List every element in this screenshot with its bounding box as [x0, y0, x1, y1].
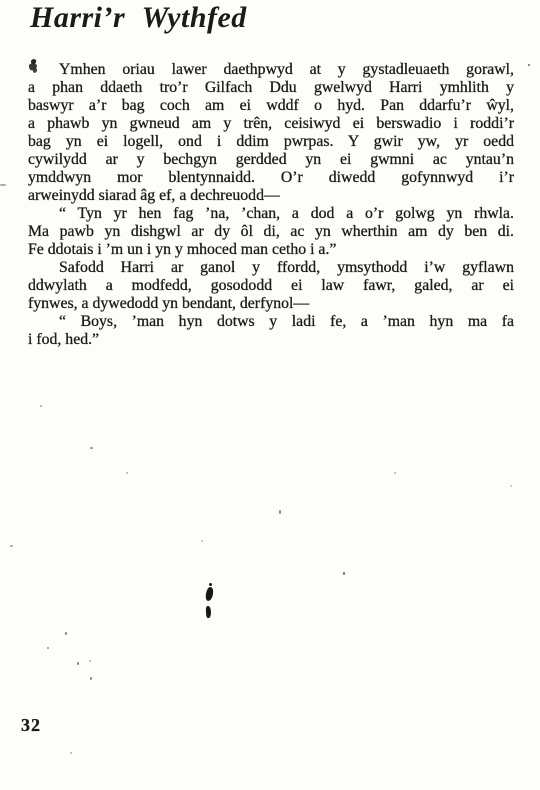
- paper-speck: [90, 447, 93, 449]
- paper-speck: [126, 472, 128, 474]
- text-line: fynwes, a dywedodd yn bendant, derfynol—: [28, 295, 514, 313]
- paper-speck: [394, 472, 396, 474]
- text-line: a phan ddaeth tro’r Gilfach Ddu gwelwyd …: [28, 79, 514, 97]
- paper-speck: [77, 662, 79, 665]
- paper-speck: [528, 64, 530, 66]
- text-block: Ymhen oriau lawer daethpwyd at y gystadl…: [28, 61, 514, 349]
- paper-speck: [343, 572, 345, 575]
- book-page: Harri’r Wythfed Ymhen oriau lawer daethp…: [0, 0, 540, 790]
- paper-speck: [40, 405, 42, 407]
- text-line: bag yn ei logell, ond i ddim pwrpas. Y g…: [28, 133, 514, 151]
- paper-speck: [279, 510, 281, 514]
- paragraph: Ymhen oriau lawer daethpwyd at y gystadl…: [28, 61, 514, 205]
- paragraph: “ Boys, ’man hyn dotws y ladi fe, a ’man…: [28, 313, 514, 349]
- page-number: 32: [21, 715, 41, 736]
- paper-speck: [65, 632, 67, 635]
- paper-speck: [201, 540, 203, 542]
- text-line: “ Tyn yr hen fag ’na, ’chan, a dod a o’r…: [28, 205, 514, 223]
- text-line: arweinydd siarad âg ef, a dechreuodd—: [28, 187, 514, 205]
- paper-speck: [47, 647, 49, 649]
- ink-blot-dot: [209, 583, 212, 586]
- paper-speck: [510, 485, 512, 487]
- text-line: ymddwyn mor blentynnaidd. O’r diwedd gof…: [28, 169, 514, 187]
- paragraph: Safodd Harri ar ganol y ffordd, ymsythod…: [28, 259, 514, 313]
- text-line: “ Boys, ’man hyn dotws y ladi fe, a ’man…: [28, 313, 514, 331]
- paragraph: “ Tyn yr hen fag ’na, ’chan, a dod a o’r…: [28, 205, 514, 259]
- paper-speck: [90, 677, 92, 680]
- text-line: Ymhen oriau lawer daethpwyd at y gystadl…: [28, 61, 514, 79]
- paper-speck: [10, 545, 13, 547]
- text-line: Ma pawb yn dishgwl ar dy ôl di, ac yn wh…: [28, 223, 514, 241]
- ink-blot-upper: [205, 587, 214, 602]
- text-line: i fod, hed.”: [28, 331, 514, 349]
- text-line: Safodd Harri ar ganol y ffordd, ymsythod…: [28, 259, 514, 277]
- text-line: ddwylath a modfedd, gosododd ei law fawr…: [28, 277, 514, 295]
- text-line: a phawb yn gwneud am y trên, ceisiwyd ei…: [28, 115, 514, 133]
- text-line: cywilydd ar y bechgyn gerdded yn ei gwmn…: [28, 151, 514, 169]
- margin-mark: [0, 184, 6, 186]
- text-line: baswyr a’r bag coch am ei wddf o hyd. Pa…: [28, 97, 514, 115]
- page-title: Harri’r Wythfed: [30, 1, 247, 35]
- paper-speck: [70, 752, 72, 754]
- paper-speck: [89, 660, 91, 662]
- ink-blot-lower: [206, 606, 212, 618]
- text-line: Fe ddotais i ’m un i yn y mhoced man cet…: [28, 241, 514, 259]
